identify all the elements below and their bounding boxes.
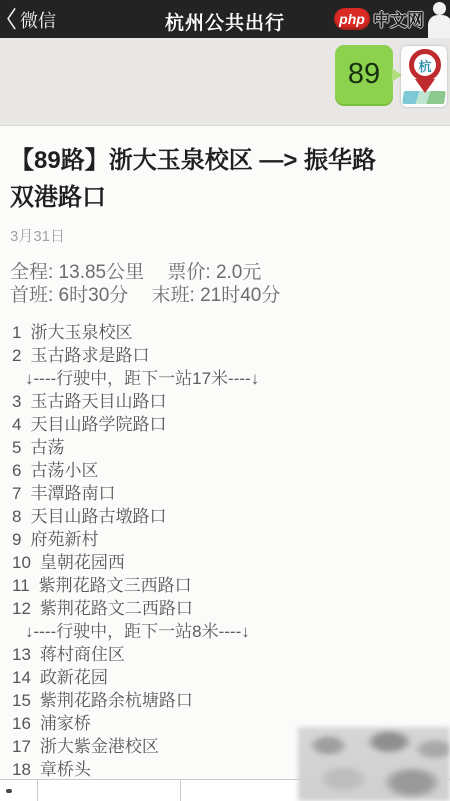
stat-last-bus: 末班: 21时40分: [152, 285, 281, 306]
footer-bullet-icon: [6, 789, 12, 793]
php-cn-label: 中文网: [373, 6, 424, 31]
bus-line-number: 89: [348, 58, 380, 91]
stop-name: 蒋村商住区: [40, 645, 125, 664]
stop-name: 天目山路古墩路口: [30, 507, 166, 526]
stop-number: 10: [12, 551, 31, 574]
stop-number: 1: [12, 321, 21, 344]
stat-fare: 票价: 2.0元: [167, 262, 261, 283]
stop-number: 3: [12, 390, 21, 413]
stop-name: 丰潭路南口: [30, 484, 115, 503]
map-pin-app-icon[interactable]: 杭: [401, 46, 447, 107]
stats-line1: 全程: 13.85公里 票价: 2.0元: [10, 261, 440, 284]
stop-name: 紫荆花路文二西路口: [40, 599, 193, 618]
stop-name: 紫荆花路文三西路口: [39, 576, 192, 595]
stop-name: 玉古路求是路口: [30, 346, 149, 365]
mascot-icon: [424, 0, 450, 38]
stop-row: 2玉古路求是路口: [0, 344, 450, 367]
stop-name: 浦家桥: [40, 714, 91, 733]
stop-name: 浙大紫金港校区: [40, 737, 159, 756]
stop-row: 15紫荆花路余杭塘路口: [0, 689, 450, 712]
bus-line-badge[interactable]: 89: [335, 45, 393, 104]
stop-row: 3玉古路天目山路口: [0, 390, 450, 413]
stop-number: 9: [12, 528, 21, 551]
stop-name: 天目山路学院路口: [30, 415, 166, 434]
stop-row: 5古荡: [0, 436, 450, 459]
stop-name: 古荡: [30, 438, 64, 457]
stop-name: 章桥头: [40, 760, 91, 779]
stop-row: 1浙大玉泉校区: [0, 321, 450, 344]
stop-number: 17: [12, 735, 31, 758]
stop-number: 4: [12, 413, 21, 436]
stop-number: 18: [12, 758, 31, 781]
stat-first-bus: 首班: 6时30分: [10, 285, 128, 306]
route-title: 【89路】浙大玉泉校区 —> 振华路 双港路口: [10, 142, 440, 216]
phone-screen: 〈 微信 杭州公共出行 php 中文网 89 杭 【89路】浙大玉泉校区 —> …: [0, 0, 450, 801]
stop-row: 10皇朝花园西: [0, 551, 450, 574]
stop-row: 9府苑新村: [0, 528, 450, 551]
stop-row: 13蒋村商住区: [0, 643, 450, 666]
stop-number: 12: [12, 597, 31, 620]
stop-name: 紫荆花路余杭塘路口: [40, 691, 193, 710]
route-title-line2: 双港路口: [10, 179, 440, 216]
stop-row: 14政新花园: [0, 666, 450, 689]
php-logo-icon: php: [334, 8, 370, 30]
stop-name: 皇朝花园西: [40, 553, 125, 572]
stop-number: 13: [12, 643, 31, 666]
route-stats: 全程: 13.85公里 票价: 2.0元 首班: 6时30分 末班: 21时40…: [10, 261, 440, 307]
stop-number: 11: [12, 574, 30, 597]
stop-number: 8: [12, 505, 21, 528]
stop-number: 14: [12, 666, 31, 689]
wechat-navbar: 〈 微信 杭州公共出行 php 中文网: [0, 0, 450, 38]
line-header-strip: 89 杭: [0, 38, 450, 126]
stop-name: 府苑新村: [30, 530, 98, 549]
stop-number: 16: [12, 712, 31, 735]
stop-name: 古荡小区: [30, 461, 98, 480]
route-date: 3月31日: [10, 225, 440, 246]
stop-number: 15: [12, 689, 31, 712]
php-cn-watermark: php 中文网: [334, 6, 424, 31]
route-content: 【89路】浙大玉泉校区 —> 振华路 双港路口 3月31日 全程: 13.85公…: [0, 126, 450, 801]
stop-name: 政新花园: [40, 668, 108, 687]
stop-number: 5: [12, 436, 21, 459]
stop-number: 2: [12, 344, 21, 367]
stop-name: 玉古路天目山路口: [30, 392, 166, 411]
stop-name: 浙大玉泉校区: [30, 323, 132, 342]
stop-row: 11紫荆花路文三西路口: [0, 574, 450, 597]
stop-row: 4天目山路学院路口: [0, 413, 450, 436]
map-pin-point-icon: [415, 79, 435, 93]
stop-row: 6古荡小区: [0, 459, 450, 482]
footer-divider: [37, 780, 38, 801]
footer-divider: [180, 780, 181, 801]
stop-row: 12紫荆花路文二西路口: [0, 597, 450, 620]
stop-row: 8天目山路古墩路口: [0, 505, 450, 528]
stat-distance: 全程: 13.85公里: [10, 262, 144, 283]
bus-position-status: ↓----行驶中，距下一站17米----↓: [0, 367, 450, 390]
route-title-line1: 【89路】浙大玉泉校区 —> 振华路: [10, 142, 440, 179]
blurred-watermark: [298, 727, 450, 801]
stop-number: 6: [12, 459, 21, 482]
stop-row: 7丰潭路南口: [0, 482, 450, 505]
map-pin-icon: 杭: [409, 49, 441, 81]
bus-position-status: ↓----行驶中，距下一站8米----↓: [0, 620, 450, 643]
stats-line2: 首班: 6时30分 末班: 21时40分: [10, 284, 440, 307]
stop-number: 7: [12, 482, 21, 505]
